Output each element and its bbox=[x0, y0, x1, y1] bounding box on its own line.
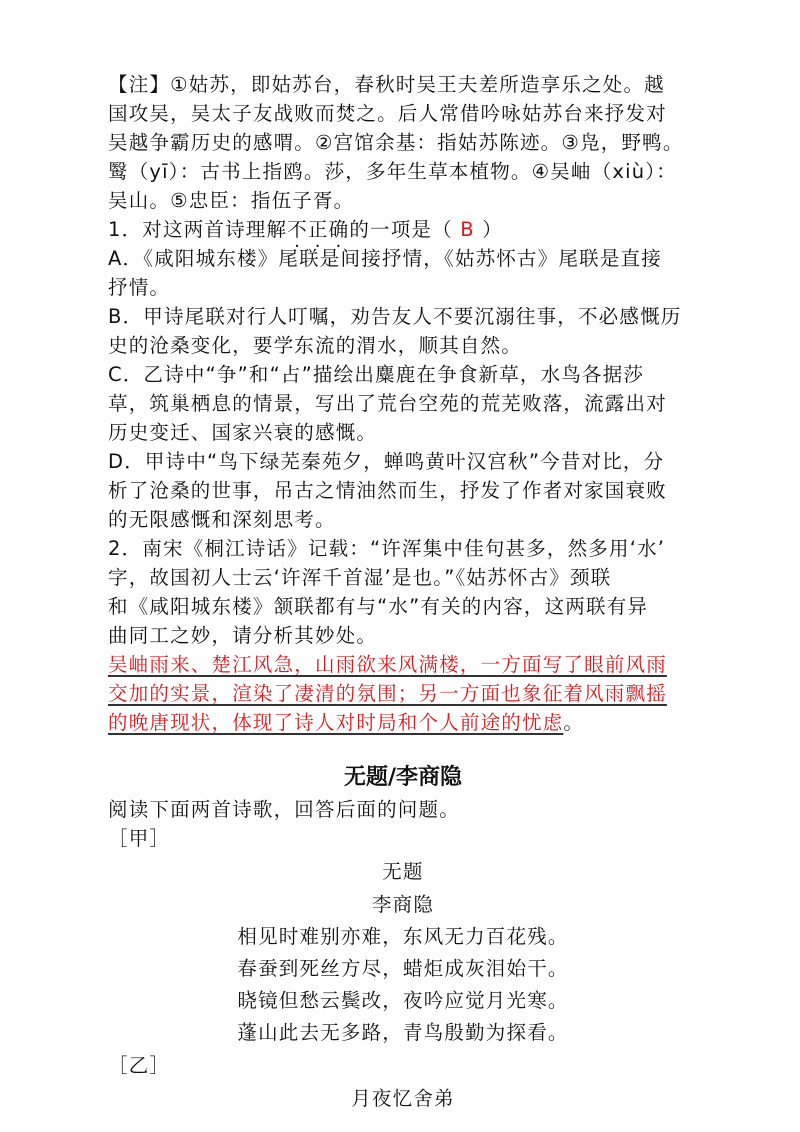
note-line: 鹥（yī）：古书上指鸥。莎，多年生草本植物。④吴岫（xiù）： bbox=[108, 157, 698, 186]
option-line: 析了沧桑的世事，吊古之情油然而生，抒发了作者对家国衰败 bbox=[108, 476, 698, 505]
note-line: 国攻吴，吴太子友战败而焚之。后人常借吟咏姑苏台来抒发对 bbox=[108, 99, 698, 128]
question-1-suffix: 的一项是（ bbox=[349, 218, 453, 241]
option-line: 的无限感慨和深刻思考。 bbox=[108, 505, 698, 534]
section-title: 无题/李商隐 bbox=[108, 761, 698, 795]
poem-line: 春蚕到死丝方尽，蜡炬成灰泪始干。 bbox=[108, 954, 698, 983]
question-1-answer: B bbox=[460, 218, 475, 241]
answer-line: 的晚唐现状，体现了诗人对时局和个人前途的忧虑 bbox=[108, 711, 563, 734]
question-1-close: ） bbox=[482, 218, 503, 241]
note-line: 吴越争霸历史的感喟。②宫馆余基：指姑苏陈迹。③凫，野鸭。 bbox=[108, 128, 698, 157]
emphasis-char: 不 bbox=[287, 218, 308, 241]
option-a: A．《咸阳城东楼》尾联是间接抒情，《姑苏怀古》尾联是直接 抒情。 bbox=[108, 244, 698, 302]
option-b: B．甲诗尾联对行人叮嘱，劝告友人不要沉溺往事，不必感慨历 史的沧桑变化，要学东流… bbox=[108, 302, 698, 360]
poem-line: 蓬山此去无多路，青鸟殷勤为探看。 bbox=[108, 1018, 698, 1047]
poem-a-label: ［甲］ bbox=[108, 824, 698, 853]
option-line: C．乙诗中“争”和“占”描绘出麋鹿在争食新草，水鸟各据莎 bbox=[108, 360, 698, 389]
option-line: 抒情。 bbox=[108, 273, 698, 302]
document-page: 【注】①姑苏，即姑苏台，春秋时吴王夫差所造享乐之处。越 国攻吴，吴太子友战败而焚… bbox=[108, 70, 698, 1113]
option-line: 历史变迁、国家兴衰的感慨。 bbox=[108, 418, 698, 447]
option-line: D．甲诗中“鸟下绿芜秦苑夕，蝉鸣黄叶汉宫秋”今昔对比，分 bbox=[108, 447, 698, 476]
section-instruction: 阅读下面两首诗歌，回答后面的问题。 bbox=[108, 795, 698, 824]
option-line: 草，筑巢栖息的情景，写出了荒台空苑的荒芜败落，流露出对 bbox=[108, 389, 698, 418]
poem-a-author: 李商隐 bbox=[108, 890, 698, 919]
option-d: D．甲诗中“鸟下绿芜秦苑夕，蝉鸣黄叶汉宫秋”今昔对比，分 析了沧桑的世事，吊古之… bbox=[108, 447, 698, 534]
answer-line: 交加的实景，渲染了凄清的氛围；另一方面也象征着风雨飘摇 bbox=[108, 682, 667, 705]
answer-line: 吴岫雨来、楚江风急，山雨欲来风满楼，一方面写了眼前风雨 bbox=[108, 653, 667, 676]
option-c: C．乙诗中“争”和“占”描绘出麋鹿在争食新草，水鸟各据莎 草，筑巢栖息的情景，写… bbox=[108, 360, 698, 447]
question-2-line: 曲同工之妙，请分析其妙处。 bbox=[108, 621, 698, 650]
question-2-answer: 吴岫雨来、楚江风急，山雨欲来风满楼，一方面写了眼前风雨 交加的实景，渲染了凄清的… bbox=[108, 650, 698, 737]
poem-line: 相见时难别亦难，东风无力百花残。 bbox=[108, 922, 698, 951]
question-2-line: 2．南宋《桐江诗话》记载：“许浑集中佳句甚多，然多用‘水’ bbox=[108, 534, 698, 563]
poem-section: 无题/李商隐 阅读下面两首诗歌，回答后面的问题。 ［甲］ 无题 李商隐 相见时难… bbox=[108, 761, 698, 1113]
question-1: 1．对这两首诗理解不正确的一项是（ B ） A．《咸阳城东楼》尾联是间接抒情，《… bbox=[108, 215, 698, 534]
option-line: B．甲诗尾联对行人叮嘱，劝告友人不要沉溺往事，不必感慨历 bbox=[108, 302, 698, 331]
note-line: 吴山。⑤忠臣：指伍子胥。 bbox=[108, 186, 698, 215]
note-line: 【注】①姑苏，即姑苏台，春秋时吴王夫差所造享乐之处。越 bbox=[108, 70, 698, 99]
option-line: 史的沧桑变化，要学东流的渭水，顺其自然。 bbox=[108, 331, 698, 360]
question-2: 2．南宋《桐江诗话》记载：“许浑集中佳句甚多，然多用‘水’ 字，故国初人士云‘许… bbox=[108, 534, 698, 737]
question-1-prefix: 1．对这两首诗理解 bbox=[108, 218, 287, 241]
question-1-stem: 1．对这两首诗理解不正确的一项是（ B ） bbox=[108, 215, 698, 244]
option-line: A．《咸阳城东楼》尾联是间接抒情，《姑苏怀古》尾联是直接 bbox=[108, 244, 698, 273]
emphasis-char: 确 bbox=[329, 218, 350, 241]
notes-block: 【注】①姑苏，即姑苏台，春秋时吴王夫差所造享乐之处。越 国攻吴，吴太子友战败而焚… bbox=[108, 70, 698, 215]
poem-line: 晓镜但愁云鬓改，夜吟应觉月光寒。 bbox=[108, 986, 698, 1015]
answer-end: 。 bbox=[563, 711, 584, 734]
question-2-line: 字，故国初人士云‘许浑千首湿’是也。”《姑苏怀古》颈联 bbox=[108, 563, 698, 592]
poem-b-label: ［乙］ bbox=[108, 1051, 698, 1080]
poem-a-title: 无题 bbox=[108, 857, 698, 886]
question-2-line: 和《咸阳城东楼》颔联都有与“水”有关的内容，这两联有异 bbox=[108, 592, 698, 621]
emphasis-char: 正 bbox=[308, 218, 329, 241]
poem-b-title: 月夜忆舍弟 bbox=[108, 1084, 698, 1113]
